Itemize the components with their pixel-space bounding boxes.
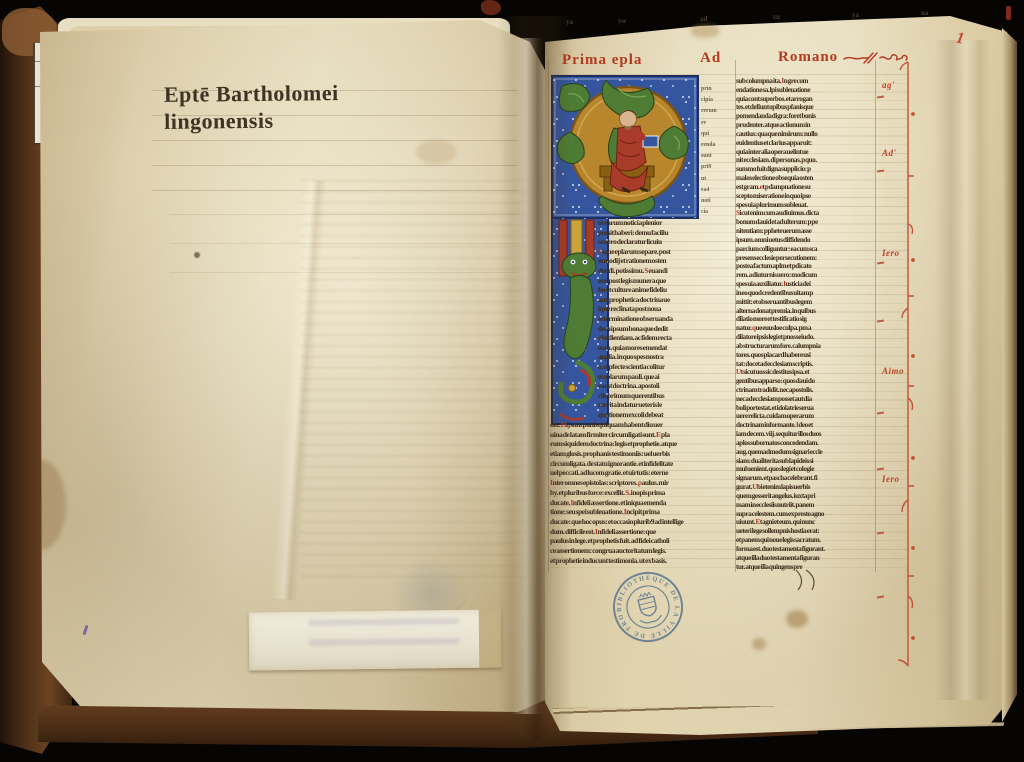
text-line: mittit: et obseruantibus legem — [736, 298, 874, 307]
running-title-ad: Ad — [700, 50, 721, 67]
stain — [416, 140, 456, 164]
text-line: spes uia auxiliatur. Iusticia dei — [736, 280, 874, 289]
text-line: natur. que euusloe culpa. pm a — [736, 324, 874, 333]
gloss-word: re — [701, 118, 735, 129]
text-line: uel peccati. ad lucem gratie. et uirtuti… — [550, 468, 738, 478]
text-line: dendi. potissimu. S euandi — [598, 266, 739, 276]
text-line: cautius: quaque nimirum: nullo — [736, 130, 874, 139]
gloss-word: cipia — [701, 95, 735, 106]
text-line: pomendanda di gra: foret bonis — [736, 112, 874, 121]
gloss-word: noti — [701, 196, 735, 207]
text-line: scepto miseratione in quo ipse — [736, 192, 874, 201]
stain — [690, 24, 720, 38]
marginal-note: Iero — [882, 248, 900, 258]
line-end-flourish — [792, 568, 832, 594]
gloss-word: rerum — [701, 106, 735, 117]
text-line: em. post legis munera que — [598, 276, 739, 286]
top-edge-debris — [481, 0, 501, 15]
text-line: merita indatur ueteris le — [598, 400, 739, 410]
text-line: siam: dualiter ita sub lapideis si — [736, 457, 874, 466]
top-edge-mark: yw — [618, 17, 627, 25]
column2-text: sub columpna ita. In gre comendatione sa… — [736, 77, 874, 571]
text-line: paulus in lege. et prophetis fuit. ad fi… — [550, 536, 738, 546]
running-title-romano: Romano — [778, 49, 838, 66]
text-line: atque illa duo testamenta figuran — [736, 554, 874, 563]
text-line: gurat. Ubi etenim lapis uerbis — [736, 483, 874, 492]
gloss-word: cia — [701, 207, 735, 218]
text-line: alterna donat premia. in quibus — [736, 307, 874, 316]
parchment-crease — [935, 40, 991, 700]
text-line: et panem qui noue legis sacratum. — [736, 536, 874, 545]
text-line: uiuunt. Et agni et eum. qui nunc — [736, 518, 874, 527]
text-line: tes. et defiunt opibus pfanisque — [736, 103, 874, 112]
text-line: obedientiam. ac fidem recta — [598, 333, 739, 343]
text-line: ducate: que hoc opus: et occasio plurib9… — [550, 517, 738, 527]
text-line: bonum dauid et ad ulterum: p pe — [736, 218, 874, 227]
gloss-word: renda — [701, 140, 735, 151]
gloss-word: ut — [701, 174, 735, 185]
text-line: malos electione obsequia osten — [736, 174, 874, 183]
stain — [752, 638, 766, 650]
text-line: quia cont superbos. et arrogan — [736, 95, 874, 104]
fore-edge-red-mark — [1006, 6, 1011, 20]
text-line: ctrinam tradidit. nec apostolis. — [736, 386, 874, 395]
text-line: dilatore ipsis legi et pnos seiudo. — [736, 333, 874, 342]
text-line: etiam glosis. prophanis testimoniis: uel… — [550, 449, 738, 459]
text-line: doctrinam informante. Ideo et — [736, 421, 874, 430]
text-line: uere relicta. cuidam operarum — [736, 412, 874, 421]
text-line: et eplarum pauli. que ai — [598, 372, 739, 382]
marginal-note: Iero — [882, 474, 900, 484]
marginal-note: Ad' — [882, 148, 897, 158]
text-line: ab structurarum fore. calumpnia — [736, 342, 874, 351]
text-line: sub columpna ita. In gre com — [736, 77, 874, 86]
text-line: ipsum. omni uetus diffidendo — [736, 236, 874, 245]
text-line: nit ecclesiam. di personas. p quo. — [736, 156, 874, 165]
text-line: quia inter alia opera uelint ue — [736, 148, 874, 157]
gloss-word: prin — [701, 84, 735, 95]
top-edge-mark: ad — [700, 15, 707, 23]
gloss-word: qui — [701, 129, 735, 140]
gloss-word: pri9 — [701, 162, 735, 173]
text-line: ique reclinata post noua — [598, 304, 739, 314]
text-line: nec ad ecclesiam posset aut dia — [736, 395, 874, 404]
text-line: boli portestat. et idolatrie serua — [736, 404, 874, 413]
manuscript-photo: BI DES No. Eptē Bartholomei lingonensis … — [0, 0, 1024, 762]
gloss-word: ea4 — [701, 185, 735, 196]
text-line: supra celestem. cum ex presto agno — [736, 510, 874, 519]
text-line: Sicut enim cum audiuimus. dicta — [736, 209, 874, 218]
inscription-line-2: lingonensis — [164, 106, 339, 135]
text-line: aug. quemadmodum signari eccle — [736, 448, 874, 457]
text-line: S ique eplarum separe. post — [598, 247, 739, 257]
text-line: et terminatione obseruanda — [598, 314, 739, 324]
gloss-word: sunt — [701, 151, 735, 162]
column1-upper-text: ut earum noticia pleniorpossit haberi: d… — [598, 218, 739, 419]
page-curl-highlight — [512, 38, 544, 714]
text-line: tione: seu spei subleuatione. Incipit pr… — [550, 507, 738, 517]
marginal-red-bracket-line — [898, 56, 920, 672]
running-title-prima: Prima epla — [562, 52, 642, 69]
gloss-column: principiarerumrequirendasuntpri9utea4not… — [701, 84, 735, 218]
text-line: presens ecclesie persecutionem: — [736, 254, 874, 263]
text-line: o. et pfecte scientia colitur — [598, 362, 739, 372]
text-line: Inter omnes epistolas: scriptores. paulu… — [550, 478, 738, 488]
stain — [786, 610, 808, 628]
text-line: se uero declaratur licuiu — [598, 237, 739, 247]
text-line: iam decem. viij. sequitur illos duos — [736, 430, 874, 439]
text-line: aplos subornatos concedendam. — [736, 439, 874, 448]
top-edge-mark: zu — [773, 13, 780, 21]
text-line: rem. a diuturnis uero: modicum — [736, 271, 874, 280]
ownership-inscription: Eptē Bartholomei lingonensis — [164, 79, 339, 135]
text-line: foret culture anime fideliu — [598, 285, 739, 295]
marginal-note: ag' — [882, 80, 895, 90]
inscription-line-1: Eptē Bartholomei — [164, 79, 339, 108]
ink-showthrough — [300, 180, 530, 580]
text-line: ut earum noticia plenior — [598, 218, 739, 228]
text-line: dilatio more et testificatio sig — [736, 315, 874, 324]
text-line: dem ipsum bona que dedit — [598, 324, 739, 334]
column1-lower-text: der. Hij sunt panis quiquam habent diu u… — [550, 420, 738, 565]
text-line: quem gesserit angelus. iuxta pri — [736, 492, 874, 501]
text-line: mul uenient. quo slegi et cologie — [736, 465, 874, 474]
text-line: circumligata. de statu ignorantie. et in… — [550, 459, 738, 469]
text-line: tores. quos placard habere usi — [736, 351, 874, 360]
fore-edge-pages — [1002, 28, 1017, 722]
text-line: uina de latam firmiter circumligati sunt… — [550, 430, 738, 440]
text-line: et modij et rationem osten — [598, 256, 739, 266]
text-line: signarum. et pascha celebrant. fi — [736, 474, 874, 483]
text-line: in eo quod credentibus uitam p — [736, 289, 874, 298]
text-line: summo fuit digna supplicio: p — [736, 165, 874, 174]
text-line: anglia. in quo spes nostra — [598, 352, 739, 362]
text-line: mam in ecclesiis nutriit. panem — [736, 501, 874, 510]
text-line: rum siquidem doctrina: legis et propheti… — [550, 439, 738, 449]
text-line: quationem excoli debeat — [598, 410, 739, 420]
text-line: ce assertionem: congrua auctoritatum leg… — [550, 546, 738, 556]
text-line: der. Hij sunt panis quiquam habent diu u… — [550, 420, 738, 430]
text-line: euidentius et clarius apparuit: — [736, 139, 874, 148]
ink-speck — [194, 252, 200, 258]
text-line: postea factum aplm et pdicato — [736, 262, 874, 271]
text-line: endatione sa. lpi subleuatione — [736, 86, 874, 95]
column-rule — [875, 60, 876, 572]
top-edge-mark: ua — [921, 9, 928, 17]
text-line: ciis primum querentibus — [598, 391, 739, 401]
text-line: Ut sicut uos sic destitos ipsa. et — [736, 368, 874, 377]
paper-strip-showthrough — [309, 618, 459, 658]
text-line: tat: docet ad ecclesiam scriptis. — [736, 360, 874, 369]
text-line: by. et pluribus force: excellit. S. inop… — [550, 488, 738, 498]
text-line: parcium colliguntur: ea cum sca — [736, 245, 874, 254]
text-line: gentibus apparso: quos daui do — [736, 377, 874, 386]
text-line: est gram. et p dampnatione su — [736, 183, 874, 192]
text-line: prudenter. atque actionum in — [736, 121, 874, 130]
text-line: eum. quia mores emendat — [598, 343, 739, 353]
text-line: ant. prophetica doctrina ue — [598, 295, 739, 305]
text-line: ueteri lege sollempnis hostia erat: — [736, 527, 874, 536]
top-edge-mark: ya — [852, 11, 859, 19]
text-line: possit haberi: demu faciliu — [598, 228, 739, 238]
text-line: dum. difficile est. Infideli assertione:… — [550, 527, 738, 537]
text-line: et prophetie inducunt testimonia. ut ex … — [550, 556, 738, 566]
text-line: ea est doctrina. apostoli — [598, 381, 739, 391]
text-line: spes uia plurimum subleuat. — [736, 201, 874, 210]
text-line: nitentiam: pphete uerum asse — [736, 227, 874, 236]
pasted-paper-strip — [249, 609, 502, 670]
text-line: forma est. duo testamenta figurant. — [736, 545, 874, 554]
text-line: ducate. Infideli assertione. et iniqua e… — [550, 498, 738, 508]
